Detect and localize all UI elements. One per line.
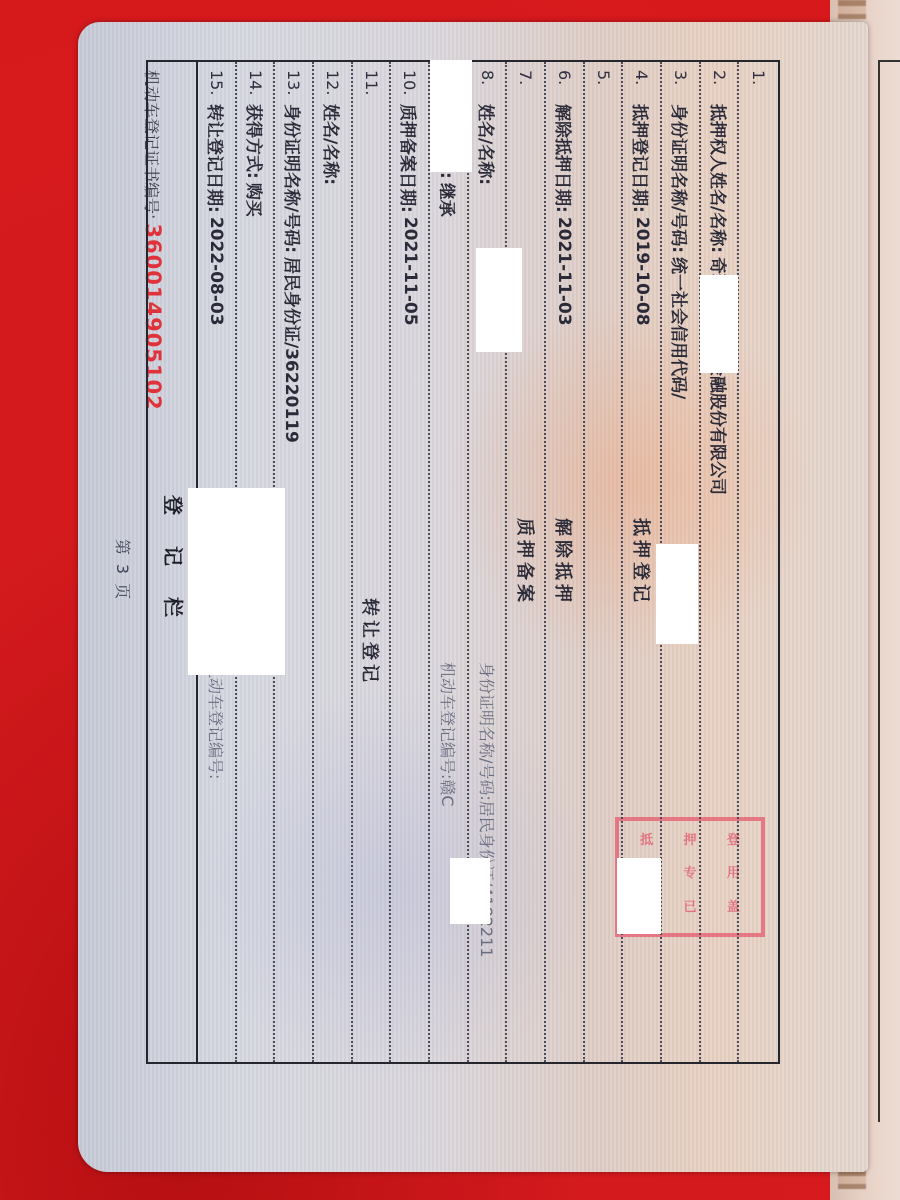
- row-label: 解除抵押日期:: [552, 104, 577, 213]
- row-label: 抵押权人姓名/名称:: [707, 104, 732, 253]
- row-number: 4.: [632, 62, 651, 104]
- row-number: 7.: [516, 62, 535, 104]
- row-number: 12.: [323, 62, 342, 104]
- form-row: 12.姓名/名称:: [314, 62, 353, 1062]
- row-value: 继承: [436, 183, 461, 217]
- form-row: 1.: [739, 62, 778, 1062]
- row-label: 姓名/名称:: [475, 104, 500, 185]
- row-number: 6.: [555, 62, 574, 104]
- section-heading: 质押备案: [513, 518, 539, 606]
- row-label: 身份证明名称/号码:: [668, 104, 693, 253]
- row-number: 15.: [207, 62, 226, 104]
- page-number: 第 3 页: [112, 40, 135, 1100]
- row-number: 8.: [478, 62, 497, 104]
- row-label: 质押备案日期:: [397, 104, 422, 213]
- redaction-box: [188, 488, 285, 675]
- row-label: 获得方式:: [243, 104, 268, 179]
- row-number: 5.: [594, 62, 613, 104]
- row-value: 2019-10-08: [632, 217, 652, 326]
- row-number: 1.: [749, 62, 768, 104]
- row-value: 2021-11-05: [400, 217, 420, 326]
- row-extra: 机动车登记编号:: [205, 662, 228, 779]
- form-row: 11.转让登记: [353, 62, 392, 1062]
- redaction-box: [617, 858, 661, 934]
- row-number: 13.: [284, 62, 303, 104]
- form-row: 10.质押备案日期:2021-11-05: [391, 62, 430, 1062]
- row-extra: 机动车登记编号:赣C: [437, 662, 460, 807]
- redaction-box: [430, 60, 472, 172]
- row-value: 购买: [243, 183, 268, 217]
- next-page-frame: [878, 60, 900, 1122]
- row-value: 2022-08-03: [206, 217, 226, 326]
- row-number: 3.: [671, 62, 690, 104]
- form-row: 6.解除抵押日期:2021-11-03解除抵押: [546, 62, 585, 1062]
- form-row: 7.质押备案: [507, 62, 546, 1062]
- row-value: 居民身份证/36220119: [281, 257, 306, 443]
- row-label: 抵押登记日期:: [629, 104, 654, 213]
- row-value: 统一社会信用代码/: [668, 257, 693, 399]
- section-heading: 解除抵押: [551, 518, 577, 606]
- row-number: 14.: [246, 62, 265, 104]
- section-heading: 转让登记: [358, 598, 384, 686]
- redaction-box: [476, 248, 522, 352]
- row-label: 姓名/名称:: [320, 104, 345, 185]
- row-value: 2021-11-03: [554, 217, 574, 326]
- section-heading: 抵押登记: [629, 518, 655, 606]
- row-label: 转让登记日期:: [204, 104, 229, 213]
- form-row: 2.抵押权人姓名/名称:奇瑞徽银汽车金融股份有限公司: [701, 62, 740, 1062]
- redaction-box: [700, 275, 738, 373]
- redaction-box: [450, 858, 490, 924]
- row-number: 11.: [362, 62, 381, 104]
- row-number: 2.: [710, 62, 729, 104]
- redaction-box: [656, 544, 698, 644]
- row-number: 10.: [400, 62, 419, 104]
- row-label: 身份证明名称/号码:: [281, 104, 306, 253]
